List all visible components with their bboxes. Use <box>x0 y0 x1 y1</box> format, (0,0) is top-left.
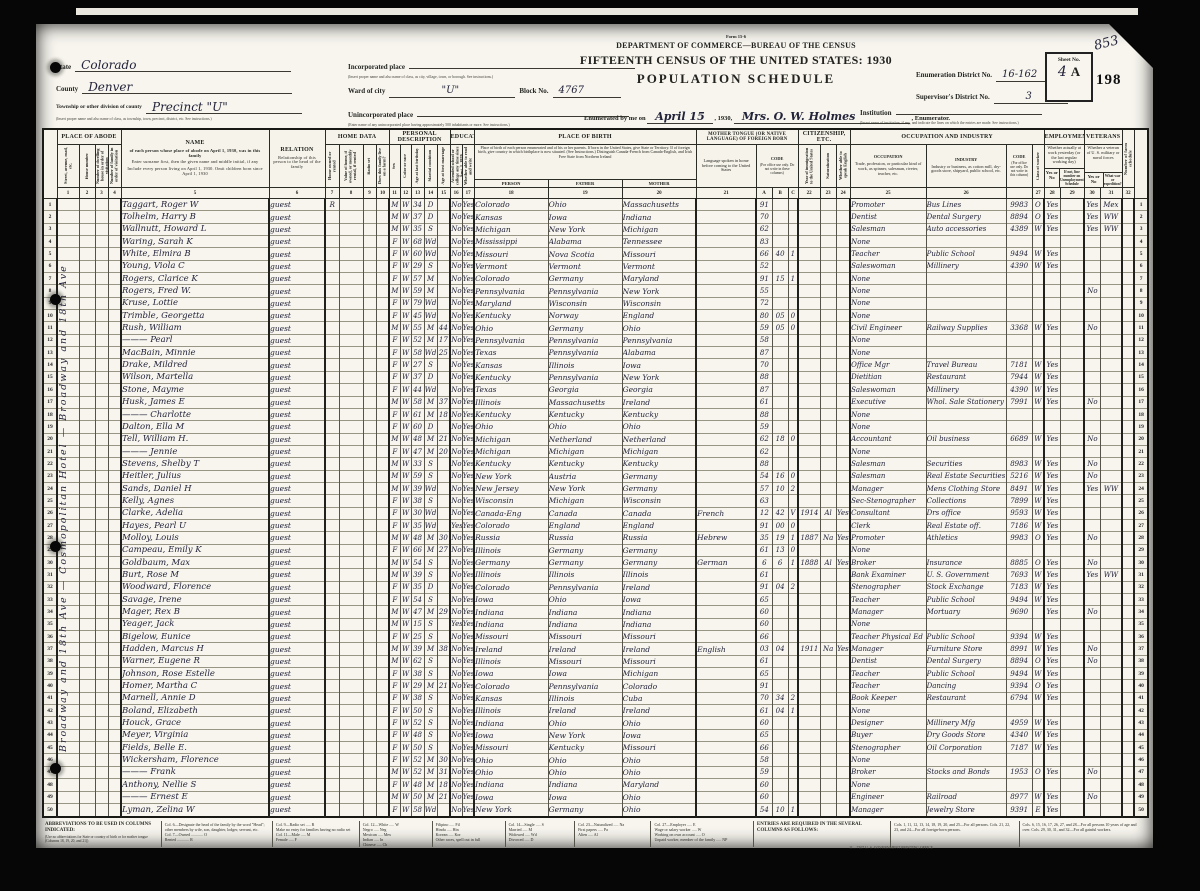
cell-ln2: 20 <box>1134 433 1148 445</box>
ward-field: Ward of city "U" Block No. 4767 <box>348 80 621 98</box>
cell-pobm: Maryland <box>622 779 696 791</box>
cell-read: Yes <box>462 273 474 285</box>
cell-radio <box>363 507 376 519</box>
cell-imm: 1887 <box>798 532 820 544</box>
cell-tongue <box>696 569 756 581</box>
cell-occ: Promoter <box>850 199 926 211</box>
cell-agem: 18 <box>437 779 450 791</box>
cell-war <box>1100 458 1122 470</box>
cell-war <box>1100 544 1122 556</box>
cell-pobf: Indiana <box>548 606 622 618</box>
ward-value: "U" <box>389 86 515 98</box>
cell-farm <box>376 729 389 741</box>
cell-ln2: 17 <box>1134 396 1148 408</box>
cell-sex: M <box>389 470 400 482</box>
cell-sex: F <box>389 729 400 741</box>
cell-relation: guest <box>269 408 325 420</box>
cell-name: Homer, Martha C <box>121 680 269 692</box>
cell-age: 37 <box>411 371 424 383</box>
cell-house <box>79 199 95 211</box>
cell-marital: S <box>424 742 437 754</box>
cell-value <box>339 310 363 322</box>
cell-pob: Vermont <box>474 260 548 272</box>
cell-fam <box>108 717 121 729</box>
cell-ln2: 39 <box>1134 668 1148 680</box>
cell-own <box>325 273 339 285</box>
cell-war <box>1100 766 1122 778</box>
cell-eng <box>836 445 850 457</box>
cell-fsched <box>1122 618 1134 630</box>
cell-pobf: Pennsylvania <box>548 371 622 383</box>
table-row: 14Drake, MildredguestFW27SNoYesKansasIll… <box>43 359 1148 371</box>
cell-ln2: 46 <box>1134 754 1148 766</box>
cell-dwell <box>95 482 108 494</box>
cell-color: W <box>400 742 411 754</box>
cell-own <box>325 396 339 408</box>
cell-fsched <box>1122 606 1134 618</box>
cell-agem <box>437 705 450 717</box>
cell-relation: guest <box>269 359 325 371</box>
cell-own <box>325 655 339 667</box>
cell-fsched <box>1122 445 1134 457</box>
cell-cb <box>772 668 788 680</box>
cell-school: Yes <box>450 519 462 531</box>
cell-ln: 23 <box>43 470 57 482</box>
cell-pobm: Colorado <box>622 680 696 692</box>
cell-ln: 38 <box>43 655 57 667</box>
cell-marital: M <box>424 680 437 692</box>
cell-pobf: Netherland <box>548 433 622 445</box>
cell-age: 38 <box>411 668 424 680</box>
cell-code: 8977 <box>1006 791 1032 803</box>
cell-uline <box>1060 519 1084 531</box>
cell-radio <box>363 482 376 494</box>
cell-dwell <box>95 754 108 766</box>
cell-house <box>79 569 95 581</box>
cell-pobm: Ohio <box>622 766 696 778</box>
cell-class: W <box>1032 359 1044 371</box>
cell-nat <box>820 248 836 260</box>
cell-pobm: Germany <box>622 544 696 556</box>
cell-ca: 60 <box>756 618 772 630</box>
enumerated-date: April 15 <box>647 110 713 124</box>
cell-fsched <box>1122 705 1134 717</box>
cell-war <box>1100 680 1122 692</box>
population-schedule-table: PLACE OF ABODE NAME of each person whose… <box>42 128 1149 818</box>
cell-age: 66 <box>411 544 424 556</box>
cell-cc: 0 <box>788 310 798 322</box>
cell-cb: 15 <box>772 273 788 285</box>
cell-nat <box>820 347 836 359</box>
cell-pob: Ohio <box>474 766 548 778</box>
cell-radio <box>363 766 376 778</box>
cell-class: W <box>1032 433 1044 445</box>
group-mother-tongue: MOTHER TONGUE (OR NATIVE LANGUAGE) OF FO… <box>696 129 798 145</box>
cell-color: W <box>400 507 411 519</box>
cell-occ: None <box>850 347 926 359</box>
cell-code: 9593 <box>1006 507 1032 519</box>
table-row: 26Clarke, AdeliaguestFW30WdNoYesCanada-E… <box>43 507 1148 519</box>
cell-imm <box>798 594 820 606</box>
cell-name: MacBain, Minnie <box>121 347 269 359</box>
cell-cc: V <box>788 507 798 519</box>
cell-nat <box>820 458 836 470</box>
cell-eng <box>836 581 850 593</box>
cell-eng <box>836 334 850 346</box>
cell-imm <box>798 297 820 309</box>
cell-farm <box>376 791 389 803</box>
cell-color: W <box>400 692 411 704</box>
cell-relation: guest <box>269 371 325 383</box>
cell-eng <box>836 211 850 223</box>
table-row: 40Homer, Martha CguestFW29M21NoYesColora… <box>43 680 1148 692</box>
cell-marital: S <box>424 692 437 704</box>
cell-farm <box>376 470 389 482</box>
cell-eng: Yes <box>836 643 850 655</box>
cell-sex: F <box>389 297 400 309</box>
cell-fam <box>108 742 121 754</box>
cell-eng <box>836 705 850 717</box>
cell-occ: Civil Engineer <box>850 322 926 334</box>
cell-sex: F <box>389 371 400 383</box>
cell-class <box>1032 285 1044 297</box>
cell-work: Yes <box>1044 482 1060 494</box>
cell-ln: 1 <box>43 199 57 211</box>
cell-agem <box>437 692 450 704</box>
cell-ln2: 19 <box>1134 421 1148 433</box>
cell-occ: Teacher <box>850 248 926 260</box>
cell-class <box>1032 445 1044 457</box>
cell-war: WW <box>1100 482 1122 494</box>
cell-uline <box>1060 495 1084 507</box>
cell-relation: guest <box>269 791 325 803</box>
cell-ln2: 18 <box>1134 408 1148 420</box>
cell-fam <box>108 458 121 470</box>
cell-class: E <box>1032 803 1044 817</box>
cell-ln2: 6 <box>1134 260 1148 272</box>
cell-ind: Restaurant <box>926 692 1006 704</box>
cell-ca: 59 <box>756 421 772 433</box>
cell-own <box>325 594 339 606</box>
cell-ind <box>926 334 1006 346</box>
cell-farm <box>376 507 389 519</box>
cell-pobf: Massachusetts <box>548 396 622 408</box>
cell-tongue <box>696 803 756 817</box>
cell-pobf: Wisconsin <box>548 297 622 309</box>
cell-own: R <box>325 199 339 211</box>
cell-read: Yes <box>462 421 474 433</box>
cell-school: No <box>450 273 462 285</box>
cell-dwell <box>95 618 108 630</box>
table-row: 48Anthony, Nellie SguestFW48M18NoYesIndi… <box>43 779 1148 791</box>
cell-nat <box>820 408 836 420</box>
cell-house <box>79 668 95 680</box>
cell-code <box>1006 754 1032 766</box>
cell-cc <box>788 421 798 433</box>
cell-fam <box>108 322 121 334</box>
cell-uline <box>1060 766 1084 778</box>
cell-color: W <box>400 779 411 791</box>
cell-war <box>1100 470 1122 482</box>
cell-imm <box>798 655 820 667</box>
cell-dwell <box>95 544 108 556</box>
cell-farm <box>376 396 389 408</box>
cell-ind <box>926 408 1006 420</box>
cell-war <box>1100 334 1122 346</box>
cell-fsched <box>1122 211 1134 223</box>
cell-eng <box>836 569 850 581</box>
cell-name: ——— Frank <box>121 766 269 778</box>
cell-marital: Wd <box>424 803 437 817</box>
cell-nat <box>820 421 836 433</box>
cell-vet <box>1084 408 1100 420</box>
cell-class: W <box>1032 594 1044 606</box>
cell-pobm: Germany <box>622 470 696 482</box>
cell-ln2: 29 <box>1134 544 1148 556</box>
cell-agem <box>437 803 450 817</box>
cell-ln: 10 <box>43 310 57 322</box>
table-row: 11Rush, WilliamguestMW55M44NoYesOhioGerm… <box>43 322 1148 334</box>
cell-uline <box>1060 705 1084 717</box>
cell-code: 9391 <box>1006 803 1032 817</box>
cell-ca: 03 <box>756 643 772 655</box>
cell-pobm: Michigan <box>622 445 696 457</box>
cell-cc <box>788 223 798 235</box>
cell-fam <box>108 631 121 643</box>
cell-fam <box>108 260 121 272</box>
group-personal-description: PERSONAL DESCRIPTION <box>389 129 450 145</box>
cell-fsched <box>1122 631 1134 643</box>
cell-code: 4390 <box>1006 384 1032 396</box>
cell-radio <box>363 754 376 766</box>
cell-house <box>79 334 95 346</box>
cell-pobm: New York <box>622 285 696 297</box>
cell-eng <box>836 495 850 507</box>
cell-pobm: Tennessee <box>622 236 696 248</box>
cell-fam <box>108 680 121 692</box>
cell-work <box>1044 273 1060 285</box>
cell-agem: 29 <box>437 606 450 618</box>
cell-ind: Oil Corporation <box>926 742 1006 754</box>
cell-house <box>79 470 95 482</box>
cell-value <box>339 495 363 507</box>
cell-occ: None <box>850 754 926 766</box>
cell-dwell <box>95 532 108 544</box>
cell-cc: 2 <box>788 482 798 494</box>
cell-age: 38 <box>411 495 424 507</box>
abbr-note: (Use no abbreviations for State or count… <box>45 835 158 844</box>
cell-imm <box>798 223 820 235</box>
cell-occ: Buyer <box>850 729 926 741</box>
cell-age: 37 <box>411 211 424 223</box>
cell-work: Yes <box>1044 569 1060 581</box>
cell-tongue <box>696 717 756 729</box>
cell-radio <box>363 791 376 803</box>
cell-color: W <box>400 569 411 581</box>
cell-uline <box>1060 347 1084 359</box>
cell-pob: Texas <box>474 384 548 396</box>
cell-occ: Saleswoman <box>850 260 926 272</box>
cell-cb <box>772 199 788 211</box>
cell-vet: No <box>1084 322 1100 334</box>
cell-own <box>325 717 339 729</box>
cell-house <box>79 532 95 544</box>
cell-school: No <box>450 507 462 519</box>
cell-radio <box>363 236 376 248</box>
cell-house <box>79 581 95 593</box>
cell-tongue <box>696 766 756 778</box>
col-unemployment-line: If not, line number on Unemployment Sche… <box>1059 169 1084 187</box>
cell-pobm: Michigan <box>622 668 696 680</box>
cell-relation: guest <box>269 421 325 433</box>
cell-class: W <box>1032 729 1044 741</box>
cell-war <box>1100 717 1122 729</box>
cell-name: Rogers, Fred W. <box>121 285 269 297</box>
col-school: Attended school or college any time sinc… <box>450 145 462 188</box>
cell-school: No <box>450 544 462 556</box>
cell-nat <box>820 519 836 531</box>
cell-pob: Indiana <box>474 606 548 618</box>
cell-class: O <box>1032 655 1044 667</box>
cell-dwell <box>95 285 108 297</box>
cell-nat <box>820 322 836 334</box>
cell-ca: 57 <box>756 482 772 494</box>
cell-pobm: Kentucky <box>622 408 696 420</box>
cell-radio <box>363 223 376 235</box>
cell-marital: M <box>424 643 437 655</box>
cell-occ: Promoter <box>850 532 926 544</box>
cell-cc: 0 <box>788 433 798 445</box>
cell-war <box>1100 532 1122 544</box>
cell-radio <box>363 532 376 544</box>
cell-cb <box>772 223 788 235</box>
adjacent-page-edge <box>76 8 1138 15</box>
cell-ln: 20 <box>43 433 57 445</box>
cell-imm <box>798 482 820 494</box>
cell-own <box>325 211 339 223</box>
cell-sex: F <box>389 631 400 643</box>
cell-work: Yes <box>1044 729 1060 741</box>
cell-name: Trimble, Georgetta <box>121 310 269 322</box>
cell-occ: None <box>850 236 926 248</box>
cell-war <box>1100 519 1122 531</box>
cell-uline <box>1060 643 1084 655</box>
cell-cb <box>772 606 788 618</box>
cell-work: Yes <box>1044 631 1060 643</box>
cell-sex: F <box>389 236 400 248</box>
cell-imm <box>798 729 820 741</box>
cell-radio <box>363 260 376 272</box>
cell-sex: M <box>389 433 400 445</box>
cell-pob: Ireland <box>474 643 548 655</box>
cell-color: W <box>400 631 411 643</box>
cell-own <box>325 532 339 544</box>
cell-code: 4389 <box>1006 223 1032 235</box>
cell-cc <box>788 347 798 359</box>
cell-farm <box>376 359 389 371</box>
cell-work: Yes <box>1044 248 1060 260</box>
cell-uline <box>1060 248 1084 260</box>
cell-farm <box>376 445 389 457</box>
cell-cc <box>788 742 798 754</box>
cell-dwell <box>95 643 108 655</box>
cell-pob: Indiana <box>474 717 548 729</box>
cell-cc <box>788 655 798 667</box>
cell-pobf: Kentucky <box>548 408 622 420</box>
cell-agem <box>437 470 450 482</box>
cell-fam <box>108 445 121 457</box>
cell-cc <box>788 396 798 408</box>
cell-school: No <box>450 396 462 408</box>
cell-ca: 61 <box>756 655 772 667</box>
punch-hole <box>50 294 61 305</box>
cell-color: W <box>400 347 411 359</box>
cell-dwell <box>95 384 108 396</box>
cell-farm <box>376 199 389 211</box>
table-row: 42Boland, ElizabethguestFW50SNoYesIllino… <box>43 705 1148 717</box>
cell-code: 7183 <box>1006 581 1032 593</box>
cell-school: No <box>450 260 462 272</box>
cell-imm <box>798 211 820 223</box>
cell-code: 9494 <box>1006 594 1032 606</box>
cell-dwell <box>95 334 108 346</box>
cell-tongue <box>696 594 756 606</box>
cell-name: Clarke, Adelia <box>121 507 269 519</box>
cell-farm <box>376 495 389 507</box>
cell-vet <box>1084 779 1100 791</box>
cell-dwell <box>95 359 108 371</box>
cell-ln: 15 <box>43 371 57 383</box>
cell-fam <box>108 347 121 359</box>
cell-read: Yes <box>462 408 474 420</box>
county-label: County <box>56 85 78 93</box>
cell-marital: S <box>424 594 437 606</box>
cell-cc <box>788 618 798 630</box>
cell-marital: S <box>424 223 437 235</box>
cell-house <box>79 211 95 223</box>
cell-read: Yes <box>462 433 474 445</box>
cell-agem <box>437 618 450 630</box>
cell-dwell <box>95 680 108 692</box>
cell-class <box>1032 297 1044 309</box>
cell-class: W <box>1032 384 1044 396</box>
cell-vet <box>1084 334 1100 346</box>
cell-value <box>339 297 363 309</box>
cell-imm <box>798 433 820 445</box>
cell-color: W <box>400 260 411 272</box>
cell-sex: F <box>389 581 400 593</box>
cell-age: 29 <box>411 680 424 692</box>
cell-pob: Ohio <box>474 322 548 334</box>
cell-name: Heitler, Julius <box>121 470 269 482</box>
cell-occ: None <box>850 779 926 791</box>
cell-ind <box>926 297 1006 309</box>
cell-radio <box>363 668 376 680</box>
cell-tongue <box>696 408 756 420</box>
cell-pobm: Alabama <box>622 347 696 359</box>
cell-cb <box>772 594 788 606</box>
cell-pobf: Iowa <box>548 791 622 803</box>
cell-uline <box>1060 408 1084 420</box>
cell-uline <box>1060 470 1084 482</box>
cell-fam <box>108 766 121 778</box>
cell-cc <box>788 236 798 248</box>
cell-work <box>1044 297 1060 309</box>
cell-relation: guest <box>269 606 325 618</box>
cell-pob: Colorado <box>474 680 548 692</box>
cell-name: Hayes, Pearl U <box>121 519 269 531</box>
cell-cc: 0 <box>788 470 798 482</box>
